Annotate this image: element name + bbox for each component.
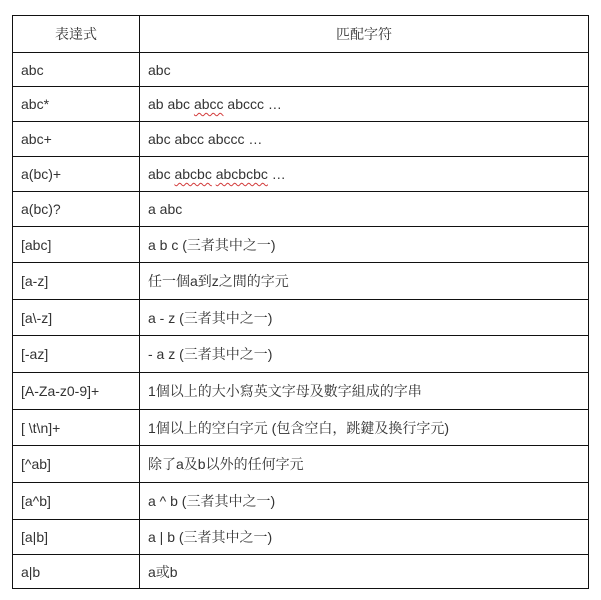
match-cell: abc abcbc abcbcbc … [140, 157, 589, 192]
expression-cell: [^ab] [13, 446, 140, 483]
expression-cell: a(bc)? [13, 192, 140, 227]
table-row: [A-Za-z0-9]+1個以上的大小寫英文字母及數字組成的字串 [13, 373, 589, 410]
expression-cell: a|b [13, 555, 140, 589]
match-cell: ab abc abcc abccc … [140, 87, 589, 122]
match-cell: a - z (三者其中之一) [140, 300, 589, 336]
expression-cell: [a|b] [13, 520, 140, 555]
table-row: [a|b]a | b (三者其中之一) [13, 520, 589, 555]
expression-cell: [-az] [13, 336, 140, 373]
expression-cell: [ \t\n]+ [13, 410, 140, 446]
match-text: … [268, 166, 286, 182]
match-cell: a或b [140, 555, 589, 589]
match-cell: a ^ b (三者其中之一) [140, 483, 589, 520]
expression-cell: [a-z] [13, 263, 140, 300]
match-cell: abc abcc abccc … [140, 122, 589, 157]
match-cell: 1個以上的空白字元 (包含空白，跳鍵及換行字元) [140, 410, 589, 446]
table-row: abcabc [13, 53, 589, 87]
match-cell: 除了a及b以外的任何字元 [140, 446, 589, 483]
match-cell: 任一個a到z之間的字元 [140, 263, 589, 300]
table-row: [^ab]除了a及b以外的任何字元 [13, 446, 589, 483]
expression-cell: abc+ [13, 122, 140, 157]
match-text: abccc … [224, 96, 282, 112]
match-cell: a | b (三者其中之一) [140, 520, 589, 555]
regex-table: 表達式 匹配字符 abcabcabc*ab abc abcc abccc …ab… [12, 15, 589, 589]
match-cell: a abc [140, 192, 589, 227]
table-row: a|ba或b [13, 555, 589, 589]
expression-cell: [abc] [13, 227, 140, 263]
table-row: a(bc)?a abc [13, 192, 589, 227]
expression-cell: abc* [13, 87, 140, 122]
table-row: [-az]- a z (三者其中之一) [13, 336, 589, 373]
table-row: [a^b]a ^ b (三者其中之一) [13, 483, 589, 520]
match-text: ab abc [148, 96, 194, 112]
header-expression: 表達式 [13, 16, 140, 53]
table-row: abc+abc abcc abccc … [13, 122, 589, 157]
table-row: [a-z]任一個a到z之間的字元 [13, 263, 589, 300]
header-match: 匹配字符 [140, 16, 589, 53]
expression-cell: a(bc)+ [13, 157, 140, 192]
table-row: [a\-z]a - z (三者其中之一) [13, 300, 589, 336]
table-row: a(bc)+abc abcbc abcbcbc … [13, 157, 589, 192]
spellcheck-word: abcc [194, 96, 224, 112]
match-cell: a b c (三者其中之一) [140, 227, 589, 263]
match-text: abc [148, 166, 174, 182]
match-cell: abc [140, 53, 589, 87]
spellcheck-word: abcbc [174, 166, 211, 182]
expression-cell: [A-Za-z0-9]+ [13, 373, 140, 410]
header-row: 表達式 匹配字符 [13, 16, 589, 53]
match-cell: - a z (三者其中之一) [140, 336, 589, 373]
table-row: [ \t\n]+1個以上的空白字元 (包含空白，跳鍵及換行字元) [13, 410, 589, 446]
expression-cell: [a^b] [13, 483, 140, 520]
expression-cell: [a\-z] [13, 300, 140, 336]
table-row: [abc]a b c (三者其中之一) [13, 227, 589, 263]
table-row: abc*ab abc abcc abccc … [13, 87, 589, 122]
match-cell: 1個以上的大小寫英文字母及數字組成的字串 [140, 373, 589, 410]
expression-cell: abc [13, 53, 140, 87]
spellcheck-word: abcbcbc [216, 166, 268, 182]
